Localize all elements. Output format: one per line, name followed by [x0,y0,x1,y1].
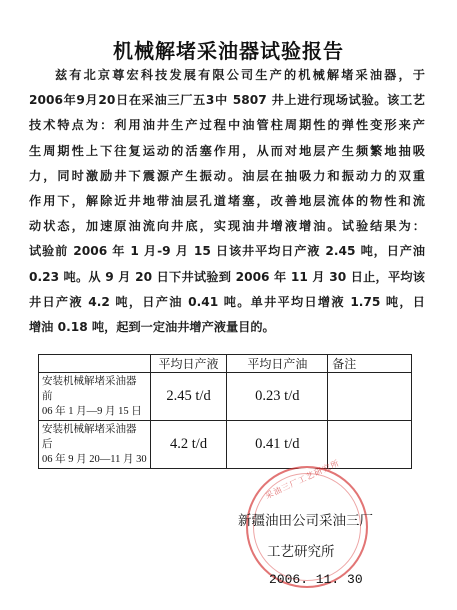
body-line: 兹有北京尊宏科技发展有限公司生产的机械解堵采油器，于 [29,63,425,88]
header-cell-note: 备注 [328,355,412,373]
body-line: 作用下，解除近井地带油层孔道堵塞，改善地层流体的物性和流 [29,189,425,214]
report-title: 机械解堵采油器试验报告 [0,35,457,64]
header-cell-empty [39,355,151,373]
signature-department: 工艺研究所 [267,540,335,560]
row-label-line1: 安装机械解堵采油器前 [42,374,147,404]
liquid-value: 2.45 t/d [150,373,227,421]
results-table: 平均日产液 平均日产油 备注 安装机械解堵采油器前 06 年 1 月—9 月 1… [38,354,412,469]
table-row: 安装机械解堵采油器后 06 年 9 月 20—11 月 30 4.2 t/d 0… [39,421,412,469]
signature-organization: 新疆油田公司采油三厂 [238,509,373,529]
signature-date: 2006. 11. 30 [269,572,363,587]
row-label-line2: 06 年 9 月 20—11 月 30 [42,452,147,467]
report-body: 兹有北京尊宏科技发展有限公司生产的机械解堵采油器，于 2006年9月20日在采油… [29,63,425,340]
body-line: 力，同时激励井下震源产生振动。油层在抽吸力和振动力的双重 [29,164,425,189]
body-line: 增油 0.18 吨，起到一定油井增产液量目的。 [29,315,425,340]
row-label: 安装机械解堵采油器后 06 年 9 月 20—11 月 30 [39,421,151,469]
liquid-value: 4.2 t/d [150,421,227,469]
body-line: 井日产液 4.2 吨，日产油 0.41 吨。单井平均日增液 1.75 吨，日 [29,290,425,315]
row-label-line1: 安装机械解堵采油器后 [42,422,147,452]
body-line: 试验前 2006 年 1 月-9 月 15 日该井平均日产液 2.45 吨，日产… [29,239,425,264]
body-line: 2006年9月20日在采油三厂五3中 5807 井上进行现场试验。该工艺 [29,88,425,113]
body-line: 技术特点为：利用油井生产过程中油管柱周期性的弹性变形来产 [29,113,425,138]
table-header-row: 平均日产液 平均日产油 备注 [39,355,412,373]
note-value [328,421,412,469]
header-cell-liquid: 平均日产液 [150,355,227,373]
row-label: 安装机械解堵采油器前 06 年 1 月—9 月 15 日 [39,373,151,421]
oil-value: 0.41 t/d [227,421,328,469]
body-line: 动状态，加速原油流向井底，实现油井增液增油。试验结果为： [29,214,425,239]
oil-value: 0.23 t/d [227,373,328,421]
table-row: 安装机械解堵采油器前 06 年 1 月—9 月 15 日 2.45 t/d 0.… [39,373,412,421]
body-line: 0.23 吨。从 9 月 20 日下井试验到 2006 年 11 月 30 日止… [29,265,425,290]
header-cell-oil: 平均日产油 [227,355,328,373]
note-value [328,373,412,421]
body-line: 生周期性上下往复运动的活塞作用，从而对地层产生频繁地抽吸 [29,139,425,164]
row-label-line2: 06 年 1 月—9 月 15 日 [42,404,147,419]
